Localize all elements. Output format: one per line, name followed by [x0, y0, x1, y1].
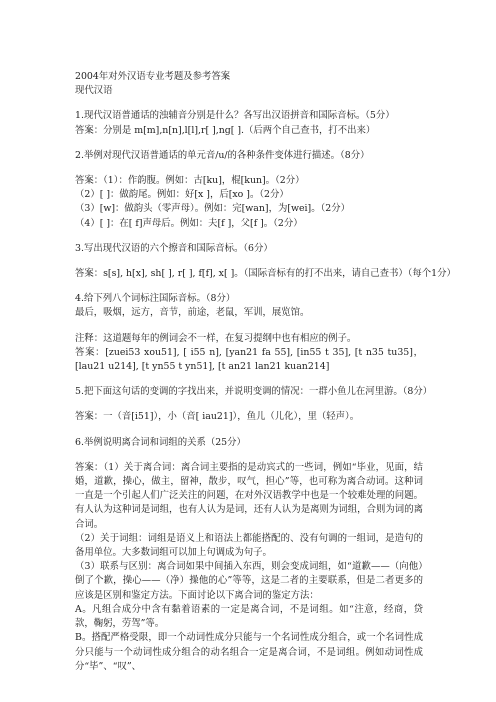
question-4-prompt: 4.给下列八个词标注国际音标。（8分） — [75, 292, 423, 306]
question-2-prompt: 2.举例对现代汉语普通话的单元音/u/的各种条件变体进行描述。（8分） — [75, 149, 423, 163]
question-6-prompt: 6.举例说明离合词和词组的关系（25分） — [75, 436, 423, 450]
document-page: 2004年对外汉语专业考题及参考答案 现代汉语 1.现代汉语普通话的浊辅音分别是… — [75, 70, 423, 674]
question-6-paragraph: B。搭配严格受限，即一个动词性成分只能与一个名词性成分组合，或一个名词性成分只能… — [75, 631, 423, 674]
question-4-words: 最后，吸烟，远方，音节，前途，老鼠，军训，展览馆。 — [75, 306, 423, 320]
document-title: 2004年对外汉语专业考题及参考答案 — [75, 70, 423, 84]
question-5-answer: 答案：一（音[i51]），小（音[ iau21]），鱼儿（儿化），里（轻声）。 — [75, 410, 423, 424]
question-4-answer: 答案：[zuei53 xou51], [ i55 n], [yan21 fa 5… — [75, 346, 423, 374]
document-subtitle: 现代汉语 — [75, 84, 423, 98]
question-2-answer-line: （4）[ ]：在[ f]声母后。例如：夫[f ]，父[f ]。（2分） — [75, 217, 423, 231]
question-3-answer: 答案：s[s], h[x], sh[ ], r[ ], f[f], x[ ]。（… — [75, 267, 423, 281]
question-2-answer-line: （3）[w]：做韵头（零声母）。例如：完[wan]，为[wei]。（2分） — [75, 202, 423, 216]
question-4-note: 注释：这道题每年的例词会不一样，在复习提纲中也有相应的例子。 — [75, 332, 423, 346]
question-6-paragraph: （3）联系与区别：离合词如果中间插入东西，则会变成词组，如“道歉——（向他）倒了… — [75, 560, 423, 603]
question-2-answer-line: 答案：（1）：作韵腹。例如：古[ku]，棍[kun]。（2分） — [75, 174, 423, 188]
question-1-answer: 答案：分别是 m[m],n[n],l[l],r[ ],ng[ ].（后两个自己查… — [75, 124, 423, 138]
question-3-prompt: 3.写出现代汉语的六个擦音和国际音标。（6分） — [75, 242, 423, 256]
question-5-prompt: 5.把下面这句话的变调的字找出来，并说明变调的情况：一群小鱼儿在河里游。（8分） — [75, 385, 423, 399]
question-6-paragraph: A。凡组合成分中含有黏着语素的一定是离合词，不是词组。如“注意，经商，贷款，鞠躬… — [75, 603, 423, 631]
question-1-prompt: 1.现代汉语普通话的浊辅音分别是什么？各写出汉语拼音和国际音标。（5分） — [75, 109, 423, 123]
question-2-answer-line: （2）[ ]：做韵尾。例如：好[x ]，后[xo ]。（2分） — [75, 188, 423, 202]
question-6-paragraph: （2）关于词组：词组是语义上和语法上都能搭配的、没有句调的一组词，是造句的备用单… — [75, 532, 423, 560]
question-6-paragraph: 答案：（1）关于离合词：离合词主要指的是动宾式的一些词，例如“毕业，见面，结婚，… — [75, 461, 423, 532]
